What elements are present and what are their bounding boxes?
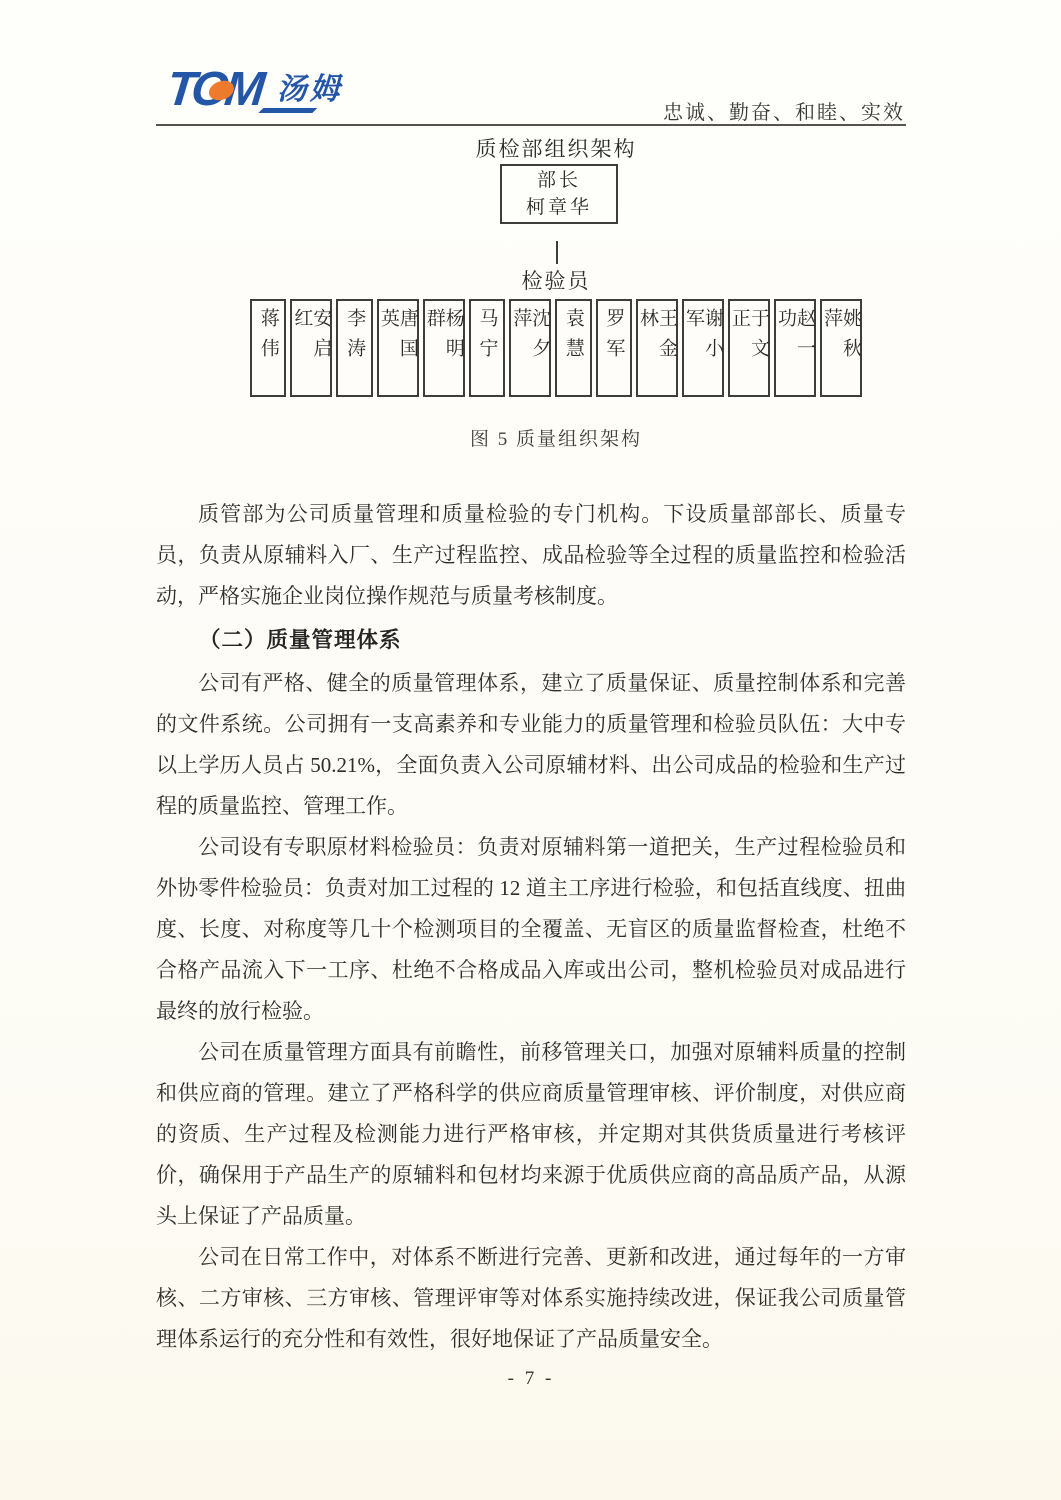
org-member-name: 王金林 (638, 308, 676, 395)
org-leader-box: 部长 柯章华 (500, 164, 618, 224)
org-member-box: 蒋伟 (250, 299, 286, 397)
paragraph: 公司有严格、健全的质量管理体系，建立了质量保证、质量控制体系和完善的文件系统。公… (156, 663, 906, 827)
figure-caption: 图 5 质量组织架构 (406, 424, 706, 451)
company-logo: TOM 汤姆 (167, 66, 343, 114)
header-slogan: 忠诚、勤奋、和睦、实效 (663, 96, 905, 125)
org-member-box: 唐国英 (377, 299, 419, 397)
body-text: 质管部为公司质量管理和质量检验的专门机构。下设质量部部长、质量专员，负责从原辅料… (156, 494, 906, 1360)
org-group-label: 检验员 (406, 265, 706, 295)
org-member-name: 沈夕萍 (511, 308, 549, 395)
org-member-name: 安启红 (292, 308, 330, 395)
org-connector-line (556, 241, 558, 264)
org-chart-title: 质检部组织架构 (406, 133, 706, 163)
paragraph: 质管部为公司质量管理和质量检验的专门机构。下设质量部部长、质量专员，负责从原辅料… (156, 494, 906, 617)
org-member-box: 罗军 (596, 299, 632, 397)
org-member-box: 赵一功 (774, 299, 816, 397)
org-member-box: 杨明群 (423, 299, 465, 397)
org-member-name: 谢小军 (684, 308, 722, 395)
org-member-name: 马宁 (478, 308, 497, 368)
header-divider (156, 124, 906, 126)
org-member-box: 姚秋萍 (820, 299, 862, 397)
logo-swoosh-icon (258, 108, 317, 113)
org-member-box: 王金林 (636, 299, 678, 397)
logo-chinese-text: 汤姆 (277, 75, 343, 105)
org-member-name: 杨明群 (425, 308, 463, 395)
org-member-name: 于文正 (730, 308, 768, 395)
paragraph: 公司在质量管理方面具有前瞻性，前移管理关口，加强对原辅料质量的控制和供应商的管理… (156, 1032, 906, 1237)
org-member-box: 安启红 (290, 299, 332, 397)
org-member-name: 蒋伟 (259, 308, 278, 368)
org-member-name: 袁慧 (564, 308, 583, 368)
section-heading: （二）质量管理体系 (156, 617, 906, 663)
logo-latin-text: TOM (164, 66, 263, 114)
document-page: TOM 汤姆 忠诚、勤奋、和睦、实效 质检部组织架构 部长 柯章华 检验员 蒋伟… (0, 0, 1061, 1500)
paragraph: 公司在日常工作中，对体系不断进行完善、更新和改进，通过每年的一方审核、二方审核、… (156, 1237, 906, 1360)
org-member-box: 谢小军 (682, 299, 724, 397)
org-member-box: 于文正 (728, 299, 770, 397)
org-member-box: 马宁 (469, 299, 505, 397)
org-member-name: 姚秋萍 (822, 308, 860, 395)
org-member-name: 李涛 (345, 308, 364, 368)
paragraph: 公司设有专职原材料检验员：负责对原辅料第一道把关，生产过程检验员和外协零件检验员… (156, 827, 906, 1032)
org-member-name: 赵一功 (776, 308, 814, 395)
org-member-name: 罗军 (604, 308, 623, 368)
org-member-name: 唐国英 (379, 308, 417, 395)
org-member-box: 沈夕萍 (509, 299, 551, 397)
org-leader-role: 部长 (537, 167, 581, 194)
org-leader-name: 柯章华 (526, 194, 592, 221)
org-members-row: 蒋伟 安启红 李涛 唐国英 杨明群 马宁 沈夕萍 袁慧 罗军 王金林 谢小军 于… (250, 299, 862, 397)
org-member-box: 李涛 (336, 299, 372, 397)
page-number: - 7 - (156, 1368, 906, 1390)
org-member-box: 袁慧 (555, 299, 591, 397)
